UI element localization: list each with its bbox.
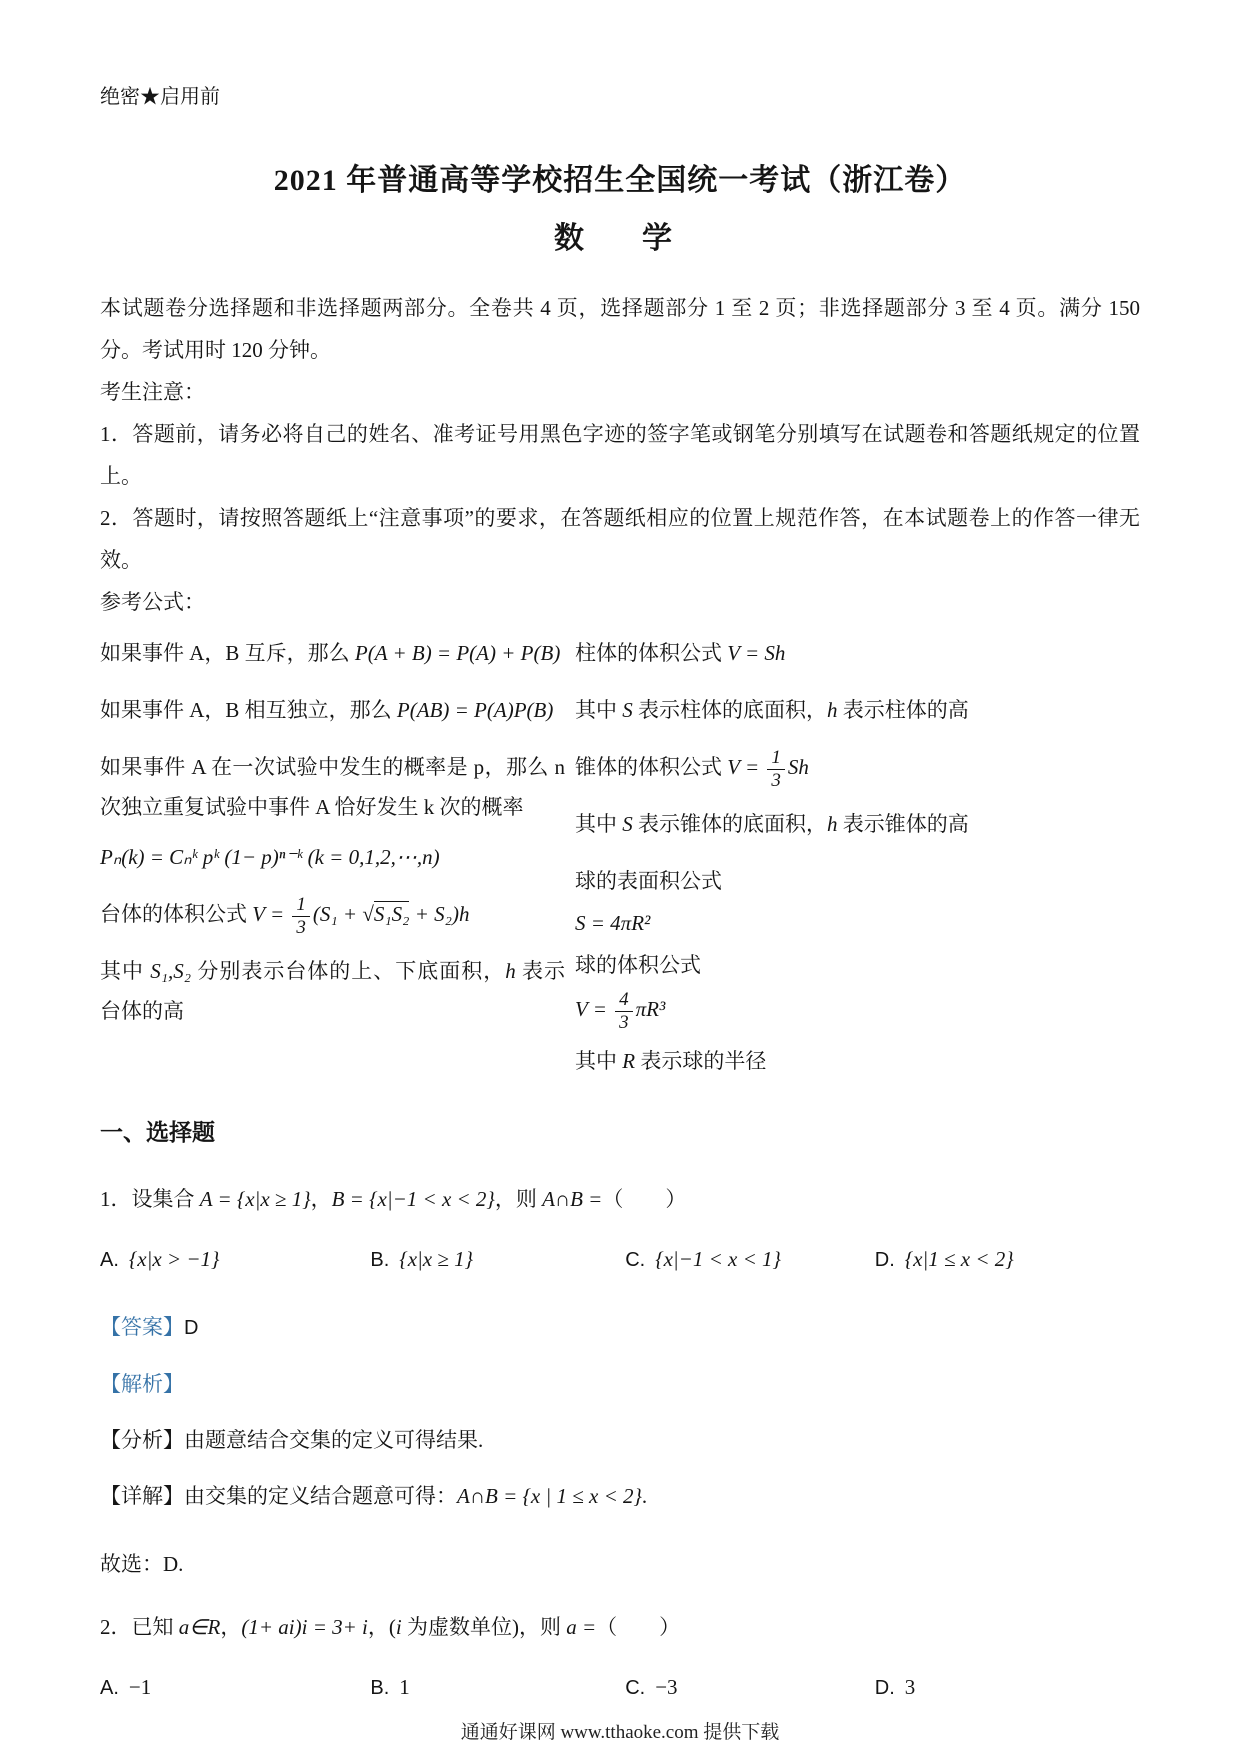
formula-sphere-note: 其中 R 表示球的半径 [575,1041,1140,1081]
option-label: D. [875,1249,895,1272]
analysis-line: 【解析】 [100,1367,1140,1401]
answer-label: 【答案】 [100,1315,184,1339]
option-value: {x|x > −1} [129,1247,220,1272]
question-1-option-d: D. {x|1 ≤ x < 2} [875,1247,1140,1272]
option-value: {x|1 ≤ x < 2} [905,1247,1014,1272]
option-value: {x|−1 < x < 1} [655,1247,781,1272]
option-label: A. [100,1677,119,1700]
footer-download-credit: 通通好课网 www.tthaoke.com 提供下载 [0,1717,1240,1744]
question-2-stem: 2．已知 a∈R，(1+ ai)i = 3+ i，(i 为虚数单位)，则 a =… [100,1607,1140,1647]
conclusion-line: 故选：D. [100,1547,1140,1581]
notice-item-2: 2．答题时，请按照答题纸上“注意事项”的要求，在答题纸相应的位置上规范作答，在本… [100,497,1140,581]
notice-item-1: 1．答题前，请务必将自己的姓名、准考证号用黑色字迹的签字笔或钢笔分别填写在试题卷… [100,413,1140,497]
formula-cylinder-note: 其中 S 表示柱体的底面积，h 表示柱体的高 [575,690,1140,730]
formula-cone-note: 其中 S 表示锥体的底面积，h 表示锥体的高 [575,804,1140,844]
question-2-option-b: B. 1 [370,1675,625,1700]
exam-summary: 本试题卷分选择题和非选择题两部分。全卷共 4 页，选择题部分 1 至 2 页；非… [100,287,1140,371]
conclusion-text: 故选：D. [100,1552,183,1576]
formula-cone-volume: 锥体的体积公式 V = 13Sh [575,747,1140,792]
classification-banner: 绝密★启用前 [100,80,1140,109]
question-1-option-c: C. {x|−1 < x < 1} [625,1247,875,1272]
option-label: C. [625,1677,645,1700]
formula-left-column: 如果事件 A，B 互斥，那么 P(A + B) = P(A) + P(B) 如果… [100,633,565,1098]
option-value: 1 [399,1675,410,1700]
option-value: 3 [905,1675,916,1700]
section-title-multiple-choice: 一、选择题 [100,1114,1140,1147]
formula-reference-section: 如果事件 A，B 互斥，那么 P(A + B) = P(A) + P(B) 如果… [100,633,1140,1098]
exam-title: 2021 年普通高等学校招生全国统一考试（浙江卷） [100,155,1140,199]
question-2-option-d: D. 3 [875,1675,1140,1700]
candidate-notice-title: 考生注意： [100,371,1140,413]
question-1-option-b: B. {x|x ≥ 1} [370,1247,625,1272]
analysis-method-line: 【分析】由题意结合交集的定义可得结果. [100,1423,1140,1457]
detail-label: 【详解】 [100,1484,184,1508]
formula-sphere-volume: V = 43πR³ [575,989,1140,1034]
option-label: B. [370,1249,389,1272]
formula-sphere-area: S = 4πR² [575,903,1140,943]
formula-binomial: Pₙ(k) = Cₙᵏ pᵏ (1− p)ⁿ⁻ᵏ (k = 0,1,2,⋯,n) [100,837,565,877]
formula-sphere-volume-label: 球的体积公式 [575,945,1140,985]
question-2-option-c: C. −3 [625,1675,875,1700]
question-1-option-a: A. {x|x > −1} [100,1247,370,1272]
formula-mutex: 如果事件 A，B 互斥，那么 P(A + B) = P(A) + P(B) [100,633,565,673]
formula-frustum-volume: 台体的体积公式 V = 13(S₁ + √S₁S₂ + S₂)h [100,894,565,939]
subject-title: 数 学 [100,213,1140,257]
formula-binomial-text: 如果事件 A 在一次试验中发生的概率是 p，那么 n 次独立重复试验中事件 A … [100,747,565,827]
option-value: −3 [655,1675,677,1700]
question-1-options: A. {x|x > −1} B. {x|x ≥ 1} C. {x|−1 < x … [100,1247,1140,1272]
exam-paper-page: 绝密★启用前 2021 年普通高等学校招生全国统一考试（浙江卷） 数 学 本试题… [0,0,1240,1754]
question-2-option-a: A. −1 [100,1675,370,1700]
option-label: D. [875,1677,895,1700]
detail-text: 由交集的定义结合题意可得：A∩B = {x | 1 ≤ x < 2}. [184,1484,647,1508]
formula-frustum-note: 其中 S₁,S₂ 分别表示台体的上、下底面积，h 表示台体的高 [100,951,565,1031]
option-label: A. [100,1249,119,1272]
answer-value: D [184,1317,198,1339]
formula-reference-title: 参考公式： [100,581,1140,623]
detail-line: 【详解】由交集的定义结合题意可得：A∩B = {x | 1 ≤ x < 2}. [100,1479,1140,1513]
option-label: C. [625,1249,645,1272]
formula-cylinder-volume: 柱体的体积公式 V = Sh [575,633,1140,673]
formula-sphere-area-label: 球的表面积公式 [575,861,1140,901]
analysis-method-label: 【分析】 [100,1428,184,1452]
option-label: B. [370,1677,389,1700]
formula-independent: 如果事件 A，B 相互独立，那么 P(AB) = P(A)P(B) [100,690,565,730]
option-value: {x|x ≥ 1} [399,1247,473,1272]
formula-right-column: 柱体的体积公式 V = Sh 其中 S 表示柱体的底面积，h 表示柱体的高 锥体… [565,633,1140,1098]
question-2-options: A. −1 B. 1 C. −3 D. 3 [100,1675,1140,1700]
analysis-method-text: 由题意结合交集的定义可得结果. [184,1428,483,1452]
exam-intro: 本试题卷分选择题和非选择题两部分。全卷共 4 页，选择题部分 1 至 2 页；非… [100,287,1140,623]
answer-line: 【答案】D [100,1310,1140,1345]
analysis-label: 【解析】 [100,1372,184,1396]
question-1-stem: 1．设集合 A = {x|x ≥ 1}，B = {x|−1 < x < 2}，则… [100,1179,1140,1219]
option-value: −1 [129,1675,151,1700]
